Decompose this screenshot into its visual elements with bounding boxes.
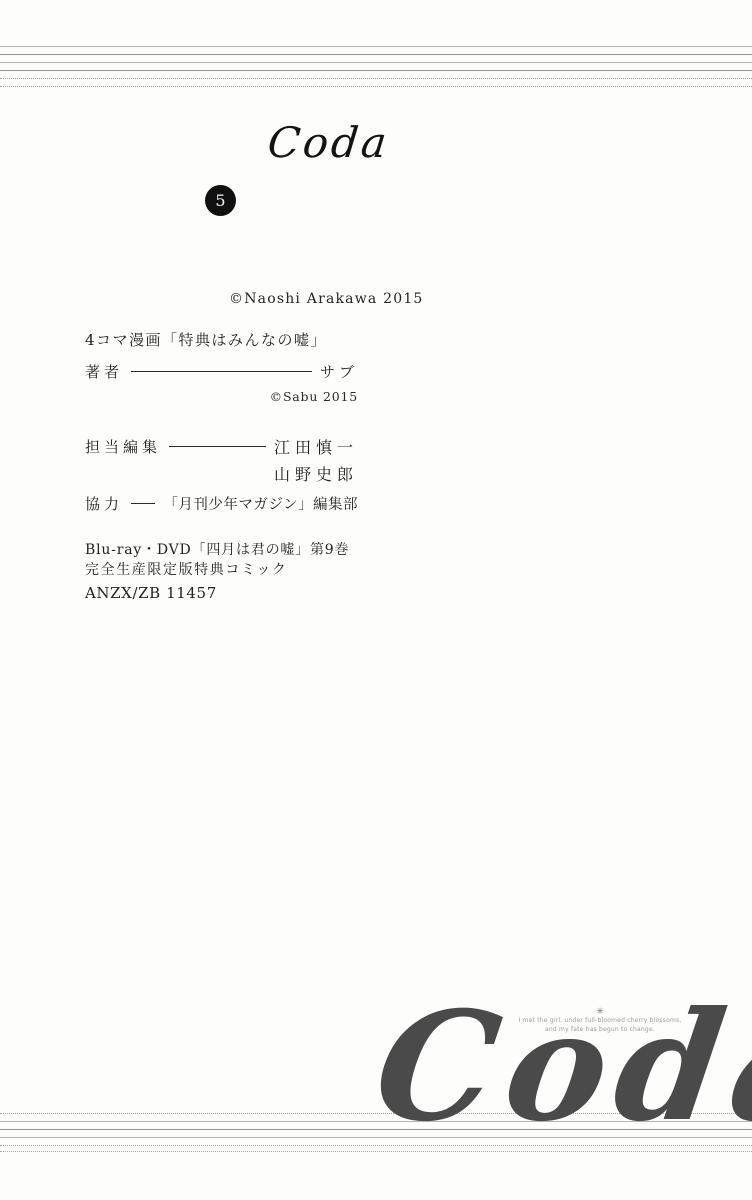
product-title-line: Blu-ray・DVD「四月は君の嘘」第9巻 (85, 543, 358, 557)
editor-credit-row: 担当編集 江田慎一 (85, 435, 358, 458)
colophon-page: { "header": { "title": "Coda", "volume_b… (0, 0, 752, 1200)
cooperation-name: 「月刊少年マガジン」編集部 (163, 493, 358, 514)
credit-rule (131, 371, 312, 372)
volume-number: 5 (215, 193, 225, 209)
author-label: 著者 (85, 361, 123, 382)
coda-watermark: Coda (367, 992, 752, 1142)
editor-name-1: 江田慎一 (274, 435, 358, 458)
staff-line (0, 70, 752, 71)
staff-line (0, 54, 752, 55)
staff-line (0, 62, 752, 63)
product-edition-line: 完全生産限定版特典コミック (85, 563, 358, 577)
volume-badge: 5 (205, 185, 236, 216)
credit-rule (131, 503, 155, 504)
staff-line (0, 86, 752, 87)
credits-block: 4コマ漫画「特典はみんなの嘘」 著者 サブ ©Sabu 2015 担当編集 江田… (85, 333, 358, 601)
author-copyright: ©Sabu 2015 (85, 391, 358, 404)
artwork-copyright: ©Naoshi Arakawa 2015 (229, 291, 424, 307)
catalog-number: ANZX/ZB 11457 (85, 586, 358, 601)
editor-label: 担当編集 (85, 436, 161, 457)
work-title: 4コマ漫画「特典はみんなの嘘」 (85, 333, 358, 348)
staff-line (0, 46, 752, 47)
credit-rule (169, 446, 266, 447)
staff-line (0, 78, 752, 79)
author-name: サブ (320, 361, 358, 382)
page-title: Coda (265, 118, 392, 167)
editor-name-2: 山野史郎 (85, 467, 358, 483)
author-credit-row: 著者 サブ (85, 361, 358, 382)
cooperation-label: 協力 (85, 493, 123, 514)
cooperation-credit-row: 協力 「月刊少年マガジン」編集部 (85, 493, 358, 514)
